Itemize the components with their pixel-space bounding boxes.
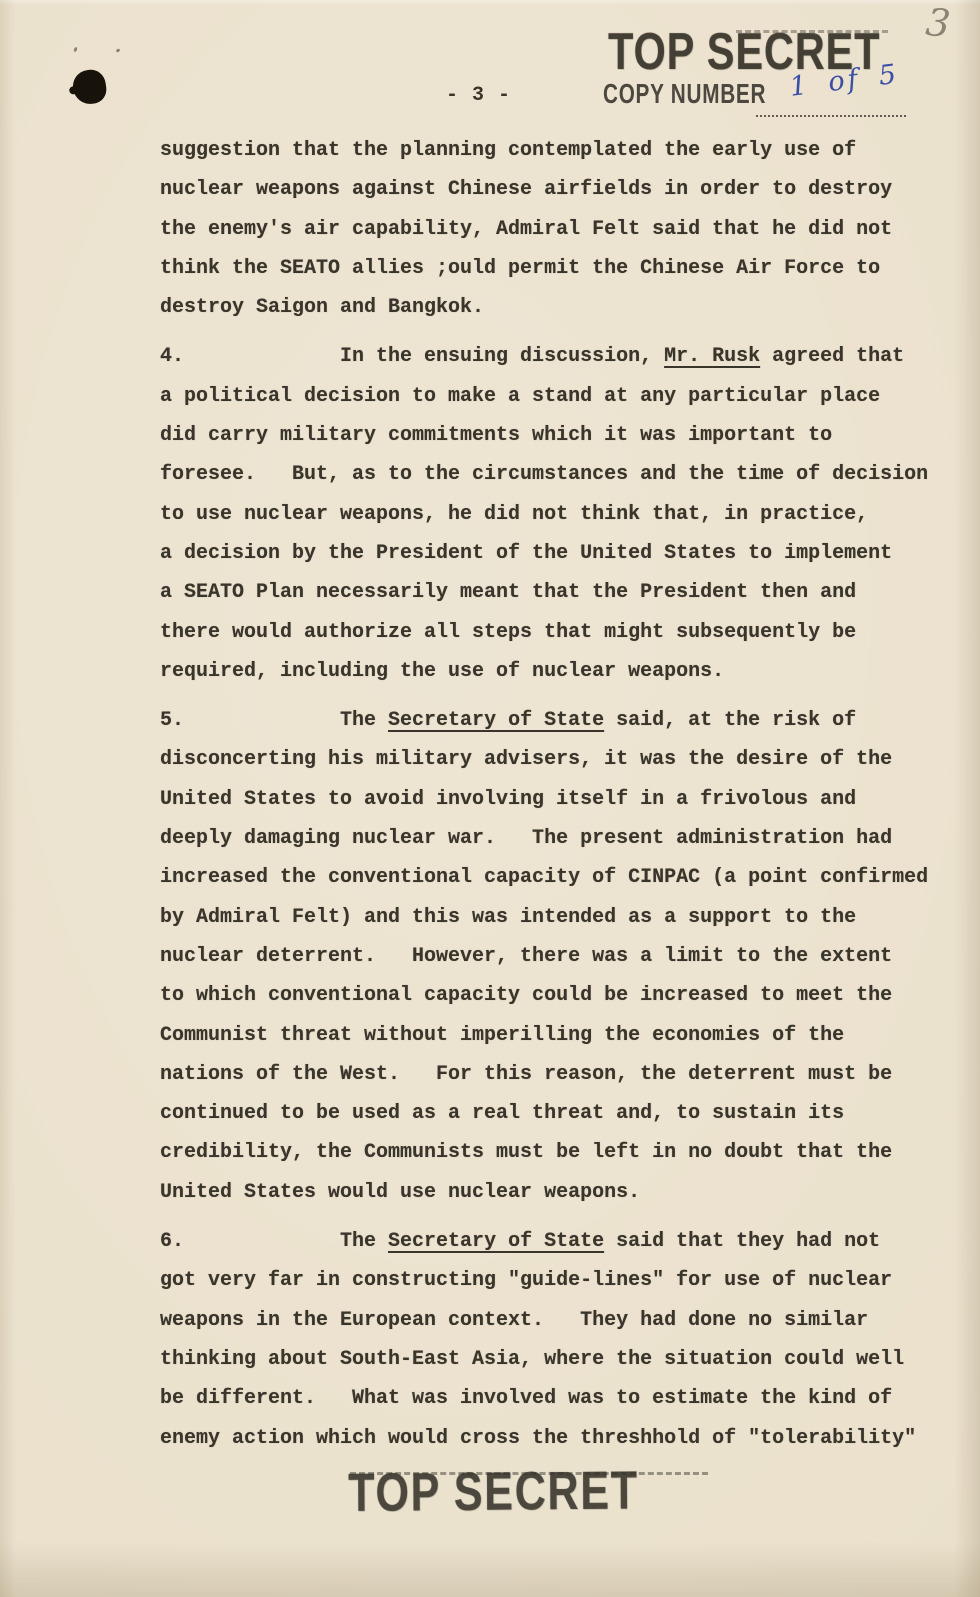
text-segment: United States to avoid involving itself … <box>160 788 856 811</box>
text-segment: thinking about South-East Asia, where th… <box>160 1348 904 1371</box>
text-segment: increased the conventional capacity of C… <box>160 866 928 889</box>
text-line: a SEATO Plan necessarily meant that the … <box>160 573 950 612</box>
text-line: nuclear weapons against Chinese airfield… <box>160 170 950 209</box>
paragraph: suggestion that the planning contemplate… <box>160 131 950 327</box>
paper-speck <box>73 47 78 53</box>
ink-blot <box>71 68 108 106</box>
text-line: 4. In the ensuing discussion, Mr. Rusk a… <box>160 337 950 376</box>
text-segment: be different. What was involved was to e… <box>160 1387 892 1410</box>
text-segment: a political decision to make a stand at … <box>160 385 880 408</box>
text-segment: disconcerting his military advisers, it … <box>160 748 892 771</box>
text-line: to use nuclear weapons, he did not think… <box>160 495 950 534</box>
text-line: be different. What was involved was to e… <box>160 1379 950 1418</box>
text-line: destroy Saigon and Bangkok. <box>160 288 950 327</box>
text-segment: got very far in constructing "guide-line… <box>160 1269 892 1292</box>
text-segment: a decision by the President of the Unite… <box>160 542 892 565</box>
text-segment: 6. The <box>160 1230 388 1253</box>
document-body: suggestion that the planning contemplate… <box>160 131 950 1458</box>
paragraph: 5. The Secretary of State said, at the r… <box>160 701 950 1212</box>
text-segment: destroy Saigon and Bangkok. <box>160 296 484 319</box>
text-segment: 4. In the ensuing discussion, <box>160 345 664 368</box>
page-number: - 3 - <box>446 84 511 108</box>
text-line: nations of the West. For this reason, th… <box>160 1055 950 1094</box>
text-segment: the enemy's air capability, Admiral Felt… <box>160 218 892 241</box>
text-line: deeply damaging nuclear war. The present… <box>160 819 950 858</box>
text-segment: to use nuclear weapons, he did not think… <box>160 503 868 526</box>
paper-speck <box>116 48 121 53</box>
text-line: did carry military commitments which it … <box>160 416 950 455</box>
text-line: continued to be used as a real threat an… <box>160 1094 950 1133</box>
text-segment: foresee. But, as to the circumstances an… <box>160 463 928 486</box>
text-segment: enemy action which would cross the thres… <box>160 1427 916 1450</box>
text-line: suggestion that the planning contemplate… <box>160 131 950 170</box>
text-segment: think the SEATO allies ;ould permit the … <box>160 257 880 280</box>
paragraph: 4. In the ensuing discussion, Mr. Rusk a… <box>160 337 950 691</box>
text-line: required, including the use of nuclear w… <box>160 652 950 691</box>
text-segment: deeply damaging nuclear war. The present… <box>160 827 892 850</box>
text-line: a political decision to make a stand at … <box>160 377 950 416</box>
text-segment: said that they had not <box>604 1230 880 1253</box>
text-line: a decision by the President of the Unite… <box>160 534 950 573</box>
paragraph: 6. The Secretary of State said that they… <box>160 1222 950 1458</box>
text-line: the enemy's air capability, Admiral Felt… <box>160 210 950 249</box>
text-line: Communist threat without imperilling the… <box>160 1016 950 1055</box>
text-segment: agreed that <box>760 345 904 368</box>
text-segment: weapons in the European context. They ha… <box>160 1309 868 1332</box>
text-line: there would authorize all steps that mig… <box>160 613 950 652</box>
text-line: enemy action which would cross the thres… <box>160 1419 950 1458</box>
text-segment: a SEATO Plan necessarily meant that the … <box>160 581 856 604</box>
text-line: foresee. But, as to the circumstances an… <box>160 455 950 494</box>
text-line: nuclear deterrent. However, there was a … <box>160 937 950 976</box>
stamp-frame-trace-top <box>736 30 888 33</box>
text-line: credibility, the Communists must be left… <box>160 1133 950 1172</box>
text-segment: there would authorize all steps that mig… <box>160 621 856 644</box>
text-segment: United States would use nuclear weapons. <box>160 1181 640 1204</box>
text-line: by Admiral Felt) and this was intended a… <box>160 898 950 937</box>
text-segment: Communist threat without imperilling the… <box>160 1024 844 1047</box>
text-line: weapons in the European context. They ha… <box>160 1301 950 1340</box>
text-line: 6. The Secretary of State said that they… <box>160 1222 950 1261</box>
text-segment: 5. The <box>160 709 388 732</box>
top-secret-stamp-bottom: TOP SECRET <box>348 1463 639 1520</box>
text-segment: suggestion that the planning contemplate… <box>160 139 856 162</box>
text-segment: nuclear weapons against Chinese airfield… <box>160 178 892 201</box>
text-line: to which conventional capacity could be … <box>160 976 950 1015</box>
text-line: 5. The Secretary of State said, at the r… <box>160 701 950 740</box>
text-segment: required, including the use of nuclear w… <box>160 660 724 683</box>
text-segment: to which conventional capacity could be … <box>160 984 892 1007</box>
text-segment: by Admiral Felt) and this was intended a… <box>160 906 856 929</box>
text-line: increased the conventional capacity of C… <box>160 858 950 897</box>
text-segment: nuclear deterrent. However, there was a … <box>160 945 892 968</box>
text-line: thinking about South-East Asia, where th… <box>160 1340 950 1379</box>
underlined-phrase: Secretary of State <box>388 709 604 732</box>
copy-number-stamp: COPY NUMBER <box>603 80 766 108</box>
handwritten-corner-number: 3 <box>924 1 952 45</box>
text-line: disconcerting his military advisers, it … <box>160 740 950 779</box>
text-line: United States to avoid involving itself … <box>160 780 950 819</box>
text-line: think the SEATO allies ;ould permit the … <box>160 249 950 288</box>
underlined-phrase: Mr. Rusk <box>664 345 760 368</box>
text-segment: credibility, the Communists must be left… <box>160 1141 892 1164</box>
text-segment: continued to be used as a real threat an… <box>160 1102 844 1125</box>
text-segment: did carry military commitments which it … <box>160 424 832 447</box>
document-page: 3 TOP SECRET - 3 - COPY NUMBER 1 of 5 su… <box>0 0 980 1597</box>
text-segment: said, at the risk of <box>604 709 856 732</box>
underlined-phrase: Secretary of State <box>388 1230 604 1253</box>
copy-number-dotted-line <box>756 101 906 117</box>
text-segment: nations of the West. For this reason, th… <box>160 1063 892 1086</box>
text-line: United States would use nuclear weapons. <box>160 1173 950 1212</box>
text-line: got very far in constructing "guide-line… <box>160 1261 950 1300</box>
